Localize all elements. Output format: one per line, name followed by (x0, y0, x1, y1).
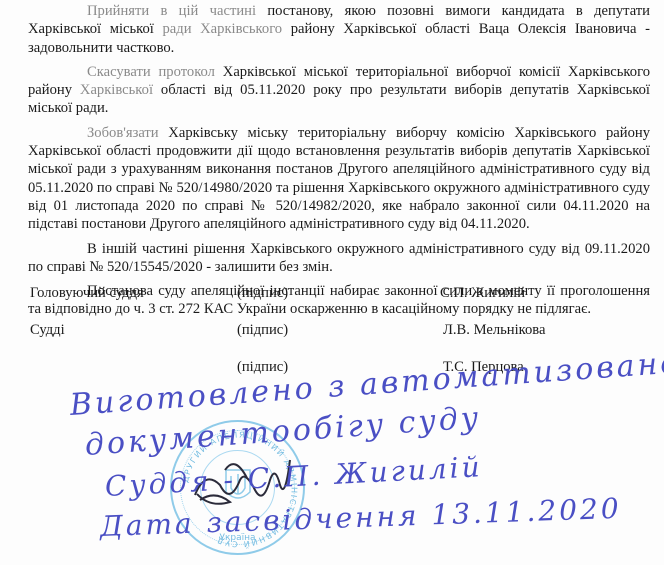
signature-role: Головуючий суддя (30, 285, 144, 302)
signature-row-presiding: Головуючий суддя (підпис) С.П. Жигилій (30, 285, 630, 322)
signature-mark: (підпис) (237, 322, 288, 339)
document-page: Прийняти в цій частині постанову, якою п… (0, 0, 664, 565)
paragraph-3: Зобов'язати Харківську міську територіал… (28, 124, 650, 234)
paragraph-2: Скасувати протокол Харківської міської т… (28, 63, 650, 118)
signature-mark: (підпис) (237, 285, 288, 302)
signature-role: Судді (30, 322, 65, 339)
paragraph-4: В іншій частині рішення Харківського окр… (28, 240, 650, 277)
signature-name: Л.В. Мельнікова (443, 322, 545, 339)
ruling-text: Прийняти в цій частині постанову, якою п… (28, 2, 650, 319)
signature-row-judge-1: Судді (підпис) Л.В. Мельнікова (30, 322, 630, 359)
paragraph-1: Прийняти в цій частині постанову, якою п… (28, 2, 650, 57)
signature-name: С.П. Жигилій (440, 285, 525, 302)
